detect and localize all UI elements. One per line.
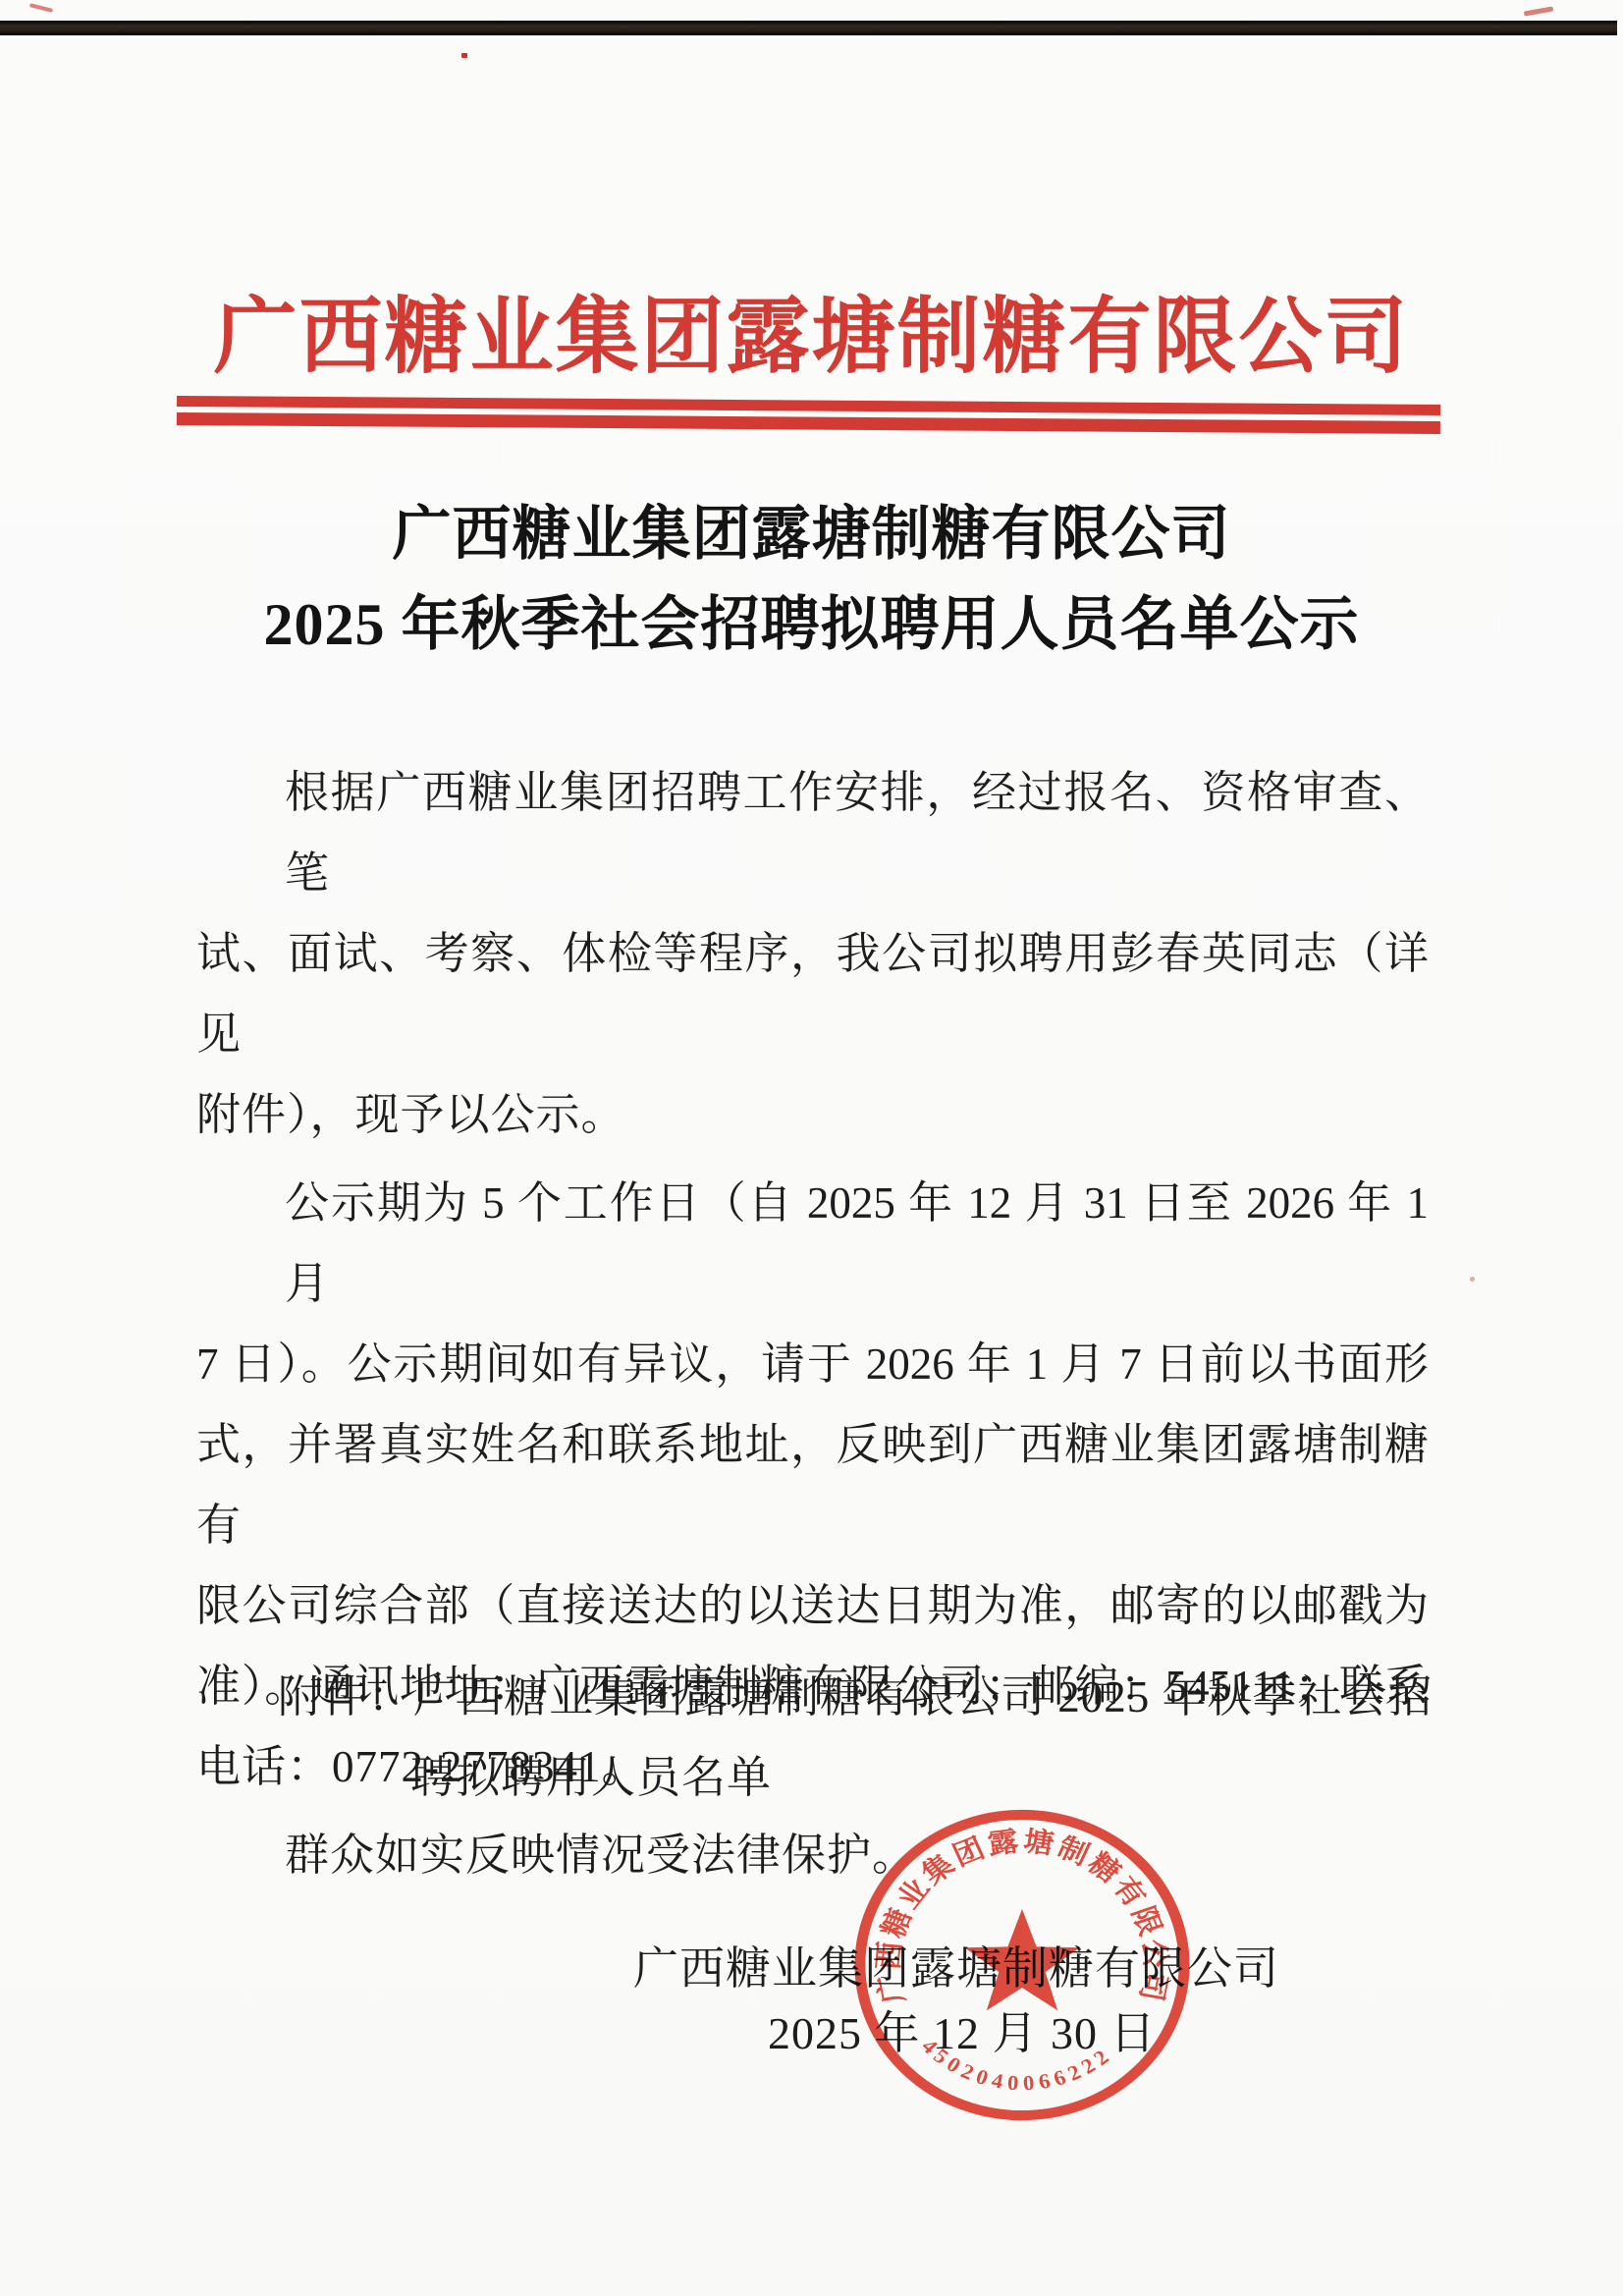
scan-artifact: [29, 3, 53, 13]
text-line: 聘拟聘用人员名单: [196, 1737, 1463, 1818]
scanned-document-page: 广西糖业集团露塘制糖有限公司 广西糖业集团露塘制糖有限公司 2025 年秋季社会…: [0, 0, 1623, 2296]
document-title: 广西糖业集团露塘制糖有限公司 2025 年秋季社会招聘拟聘用人员名单公示: [0, 489, 1623, 670]
scanner-edge-bar: [0, 21, 1617, 35]
text-line: 试、面试、考察、体检等程序，我公司拟聘用彭春英同志（详见: [196, 913, 1429, 1074]
text-line: 限公司综合部（直接送达的以送达日期为准，邮寄的以邮戳为: [196, 1565, 1429, 1646]
text-line: 根据广西糖业集团招聘工作安排，经过报名、资格审查、笔: [196, 752, 1429, 913]
official-seal: 广西糖业集团露塘制糖有限公司 4502040066222: [846, 1802, 1198, 2128]
double-rule-bottom: [177, 412, 1440, 434]
document-title-line1: 广西糖业集团露塘制糖有限公司: [0, 489, 1623, 579]
text-line: 附件），现予以公示。: [196, 1074, 1429, 1155]
seal-serial-path: 4502040066222: [917, 2034, 1117, 2095]
double-rule-top: [177, 396, 1440, 415]
seal-star: [964, 1909, 1079, 2010]
letterhead-title: 广西糖业集团露塘制糖有限公司: [0, 294, 1623, 382]
scan-artifact: [1470, 1277, 1475, 1282]
text-line: 群众如实反映情况受法律保护。: [196, 1815, 1429, 1895]
document-title-line2: 2025 年秋季社会招聘拟聘用人员名单公示: [0, 579, 1623, 670]
attachment-note: 附件：广西糖业集团露塘制糖有限公司 2025 年秋季社会招聘拟聘用人员名单: [196, 1657, 1463, 1818]
scan-artifact: [461, 53, 467, 58]
text-line: 公示期为 5 个工作日（自 2025 年 12 月 31 日至 2026 年 1…: [196, 1163, 1429, 1324]
letterhead-double-rule: [177, 396, 1440, 434]
text-line: 7 日）。公示期间如有异议，请于 2026 年 1 月 7 日前以书面形: [196, 1324, 1429, 1404]
seal-serial: 4502040066222: [917, 2034, 1117, 2095]
text-line: 附件：广西糖业集团露塘制糖有限公司 2025 年秋季社会招: [196, 1657, 1463, 1737]
text-line: 式，并署真实姓名和联系地址，反映到广西糖业集团露塘制糖有: [196, 1404, 1429, 1565]
scan-artifact: [1524, 6, 1553, 16]
